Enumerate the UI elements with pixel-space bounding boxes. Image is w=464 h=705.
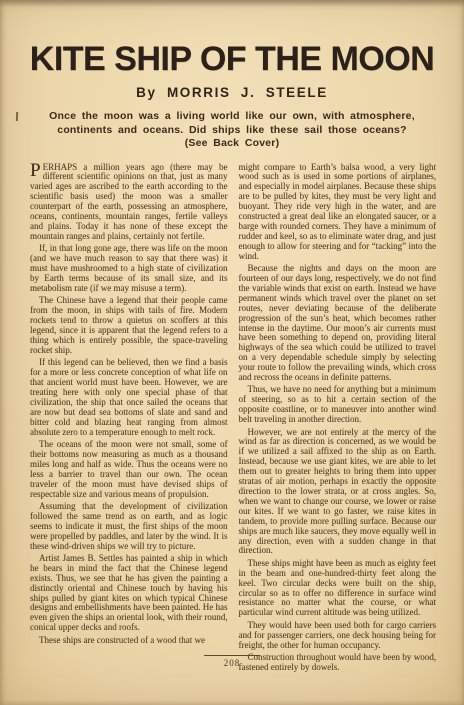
paragraph: Assuming that the development of civiliz… [30,502,228,552]
paragraph: might compare to Earth’s balsa wood, a v… [239,163,437,262]
paragraph: These ships are constructed of a wood th… [30,636,228,646]
left-column: PERHAPS a million years ago (there may b… [30,163,228,673]
article-header: KITE SHIP OF THE MOON By MORRIS J. STEEL… [0,0,464,151]
page-number: 208 [0,658,464,668]
paragraph: They would have been used both for cargo… [239,621,437,651]
article-body: PERHAPS a million years ago (there may b… [30,163,436,673]
standfirst-line: continents and oceans. Did ships like th… [0,124,464,138]
paragraph: If, in that long gone age, there was lif… [30,244,228,294]
paragraph: The Chinese have a legend that their peo… [30,296,228,355]
magazine-page: KITE SHIP OF THE MOON By MORRIS J. STEEL… [0,0,464,705]
scan-artifact-mark [16,112,18,121]
footer-rule [204,655,260,656]
paragraph: However, we are not entirely at the merc… [239,428,437,557]
standfirst: Once the moon was a living world like ou… [0,110,464,151]
right-column: might compare to Earth’s balsa wood, a v… [239,163,437,673]
paragraph: Because the nights and days on the moon … [239,264,437,383]
paragraph: If this legend can be believed, then we … [30,358,228,437]
paragraph: Artist James B. Settles has painted a sh… [30,554,228,633]
paragraph: These ships might have been as much as e… [239,559,437,618]
article-title: KITE SHIP OF THE MOON [0,41,464,77]
page-footer: 208 [0,655,464,668]
paragraph: Thus, we have no need for anything but a… [239,385,437,425]
byline: By MORRIS J. STEELE [0,85,464,100]
paragraph: PERHAPS a million years ago (there may b… [30,163,228,242]
standfirst-line: Once the moon was a living world like ou… [0,110,464,124]
paragraph: The oceans of the moon were not small, s… [30,440,228,499]
standfirst-line: (See Back Cover) [0,137,464,151]
